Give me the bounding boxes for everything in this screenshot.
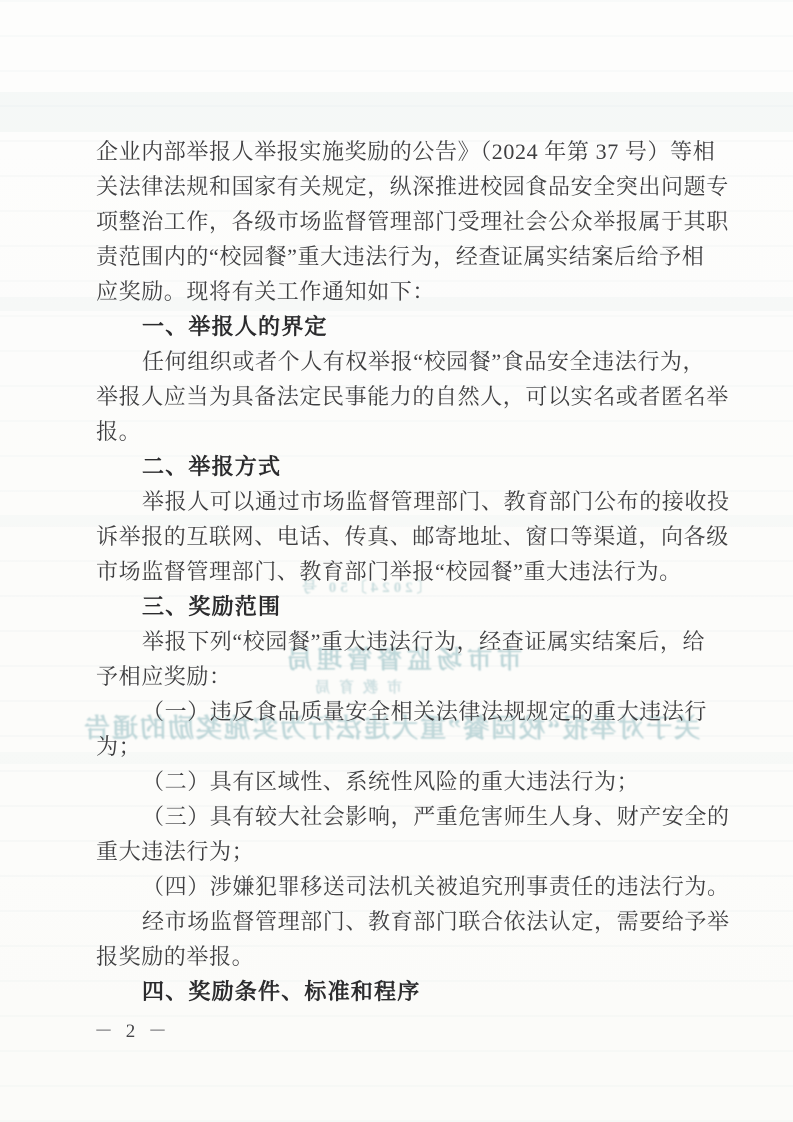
list-item-2: （二）具有区域性、系统性风险的重大违法行为； <box>96 764 708 799</box>
text-line: 项整治工作，各级市场监督管理部门受理社会公众举报属于其职 <box>96 204 708 239</box>
text-line: 举报人应当为具备法定民事能力的自然人，可以实名或者匿名举 <box>96 379 708 414</box>
section-heading-2: 二、举报方式 <box>96 449 708 484</box>
text-line: 举报人可以通过市场监督管理部门、教育部门公布的接收投 <box>96 484 708 519</box>
scanned-document-page: 〔2024〕50 号 市市场监督管理局 市教育局 关于对举报“校园餐”重大违法行… <box>0 0 793 1122</box>
text-line: 任何组织或者个人有权举报“校园餐”食品安全违法行为， <box>96 344 708 379</box>
text-line: 为； <box>96 729 708 764</box>
list-item-4: （四）涉嫌犯罪移送司法机关被追究刑事责任的违法行为。 <box>96 869 708 904</box>
text-line: 报奖励的举报。 <box>96 939 708 974</box>
list-item-3: （三）具有较大社会影响，严重危害师生人身、财产安全的 <box>96 799 708 834</box>
text-line: 诉举报的互联网、电话、传真、邮寄地址、窗口等渠道，向各级 <box>96 519 708 554</box>
text-line: 重大违法行为； <box>96 834 708 869</box>
text-line: 经市场监督管理部门、教育部门联合依法认定，需要给予举 <box>96 904 708 939</box>
text-line: 举报下列“校园餐”重大违法行为，经查证属实结案后，给 <box>96 624 708 659</box>
section-heading-1: 一、举报人的界定 <box>96 309 708 344</box>
document-body-text: 企业内部举报人举报实施奖励的公告》（2024 年第 37 号）等相 关法律法规和… <box>96 134 708 1009</box>
list-item-1: （一）违反食品质量安全相关法律法规规定的重大违法行 <box>96 694 708 729</box>
page-number: － 2 － <box>94 1016 171 1043</box>
section-heading-4: 四、奖励条件、标准和程序 <box>96 974 708 1009</box>
text-line: 予相应奖励： <box>96 659 708 694</box>
text-line: 关法律法规和国家有关规定，纵深推进校园食品安全突出问题专 <box>96 169 708 204</box>
text-line: 应奖励。现将有关工作通知如下： <box>96 274 708 309</box>
section-heading-3: 三、奖励范围 <box>96 589 708 624</box>
text-line: 市场监督管理部门、教育部门举报“校园餐”重大违法行为。 <box>96 554 708 589</box>
text-line: 企业内部举报人举报实施奖励的公告》（2024 年第 37 号）等相 <box>96 134 708 169</box>
text-line: 责范围内的“校园餐”重大违法行为，经查证属实结案后给予相 <box>96 239 708 274</box>
scan-streak <box>0 92 793 132</box>
text-line: 报。 <box>96 414 708 449</box>
